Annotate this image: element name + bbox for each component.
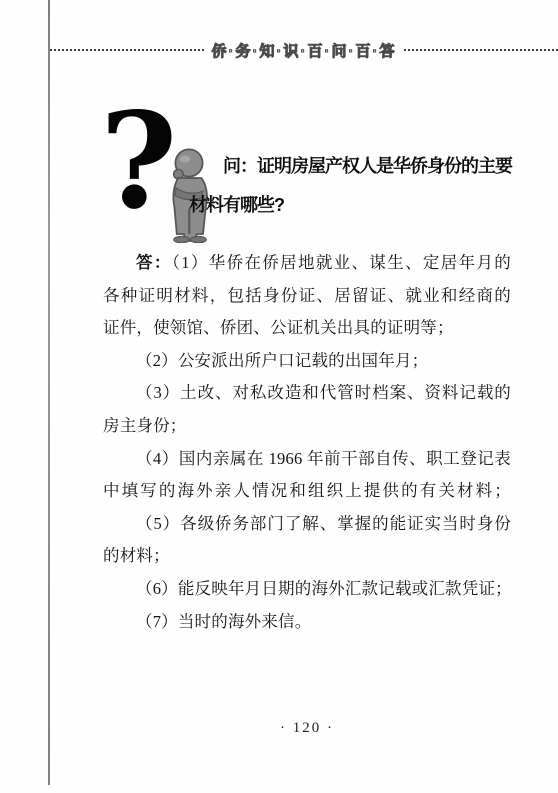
answer-line-text: （6）能反映年月日期的海外汇款记载或汇款凭证； <box>136 579 511 598</box>
answer-body: 答：（1）华侨在侨居地就业、谋生、定居年月的各种证明材料，包括身份证、居留证、就… <box>103 247 511 638</box>
answer-line-text: 中填写的海外亲人情况和组织上提供的有关材料； <box>103 481 511 500</box>
answer-line: 中填写的海外亲人情况和组织上提供的有关材料； <box>103 475 511 508</box>
answer-line-text: 证件，使领馆、侨团、公证机关出具的证明等； <box>103 318 454 337</box>
answer-line: （2）公安派出所户口记载的出国年月； <box>103 345 511 378</box>
answer-line: （3）土改、对私改造和代管时档案、资料记载的 <box>103 377 511 410</box>
book-page: 侨·务·知·识·百·问·百·答 ? 问：证明房屋产权人是华侨身份的主要 材料有哪… <box>0 0 558 793</box>
answer-line-text: 房主身份； <box>103 416 187 435</box>
running-header: 侨·务·知·识·百·问·百·答 <box>50 41 558 59</box>
page-number: · 120 · <box>103 720 511 737</box>
book-title: 侨·务·知·识·百·问·百·答 <box>204 40 405 61</box>
answer-line-text: （7）当时的海外来信。 <box>136 612 311 631</box>
answer-line: （4）国内亲属在 1966 年前干部自传、职工登记表 <box>103 443 511 476</box>
answer-line-text: （1）华侨在侨居地就业、谋生、定居年月的 <box>172 253 511 272</box>
answer-line: 房主身份； <box>103 410 511 443</box>
answer-line: （7）当时的海外来信。 <box>103 606 511 639</box>
answer-line: 证件，使领馆、侨团、公证机关出具的证明等； <box>103 312 511 345</box>
answer-line-text: 的材料； <box>103 546 170 565</box>
question-heading-line2: 材料有哪些? <box>189 191 284 217</box>
answer-line: 的材料； <box>103 540 511 573</box>
answer-line-text: （2）公安派出所户口记载的出国年月； <box>136 351 428 370</box>
answer-line: （5）各级侨务部门了解、掌握的能证实当时身份 <box>103 508 511 541</box>
header-dotted-rule-right <box>404 49 558 51</box>
answer-line: 答：（1）华侨在侨居地就业、谋生、定居年月的 <box>103 247 511 280</box>
question-heading-line1: 问：证明房屋产权人是华侨身份的主要 <box>223 152 512 178</box>
answer-line-text: （5）各级侨务部门了解、掌握的能证实当时身份 <box>136 514 511 533</box>
page-spine-rule <box>48 0 50 785</box>
answer-line-text: （3）土改、对私改造和代管时档案、资料记载的 <box>136 383 511 402</box>
header-dotted-rule-left <box>50 49 204 51</box>
answer-line: 各种证明材料，包括身份证、居留证、就业和经商的 <box>103 280 511 313</box>
answer-line: （6）能反映年月日期的海外汇款记载或汇款凭证； <box>103 573 511 606</box>
answer-line-text: （4）国内亲属在 1966 年前干部自传、职工登记表 <box>136 449 511 468</box>
answer-prefix: 答： <box>136 253 172 272</box>
answer-line-text: 各种证明材料，包括身份证、居留证、就业和经商的 <box>103 286 511 305</box>
